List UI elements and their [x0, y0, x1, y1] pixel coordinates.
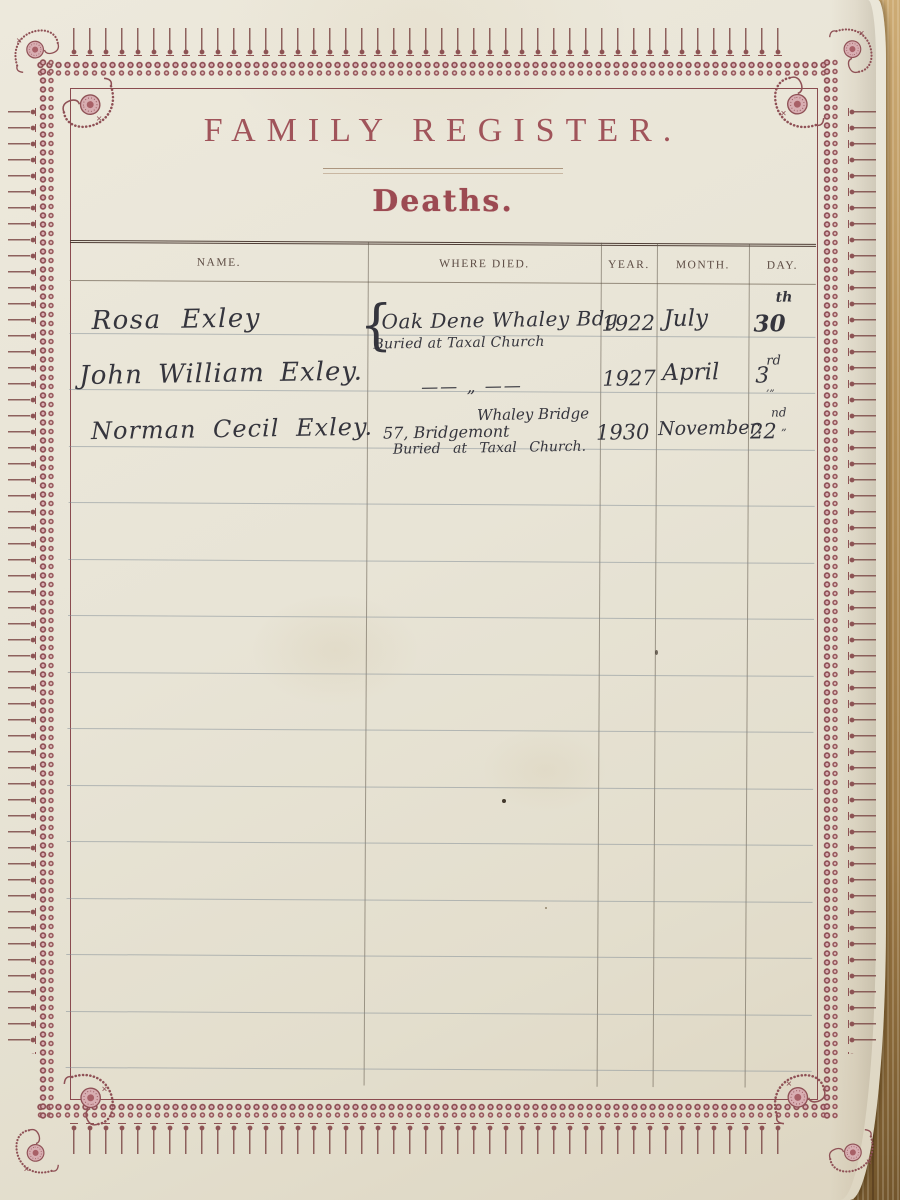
entry-month: July: [663, 307, 708, 331]
photo-background: × × × × × × × × FAMILY REGISTER. Deaths.: [0, 0, 900, 1200]
paisley-curl-icon: [821, 1122, 881, 1179]
ruled-line: [67, 841, 813, 846]
ruled-line: [68, 559, 814, 564]
column-divider-line: [745, 244, 750, 1088]
ruled-line: [67, 898, 813, 903]
ruled-line: [66, 1067, 812, 1072]
entry-month: April: [662, 361, 719, 385]
entry-year: 1930: [596, 422, 650, 444]
entry-where-line2: Buried at Taxal Church.: [393, 440, 586, 457]
border-fringe-left: [8, 104, 38, 1054]
x-ornament-icon: ×: [866, 1155, 872, 1166]
entry-name: John William Exley.: [79, 359, 363, 389]
column-header-day: DAY.: [749, 259, 816, 271]
ink-speck: [655, 650, 658, 655]
x-ornament-icon: ×: [22, 1166, 33, 1172]
entry-day: 22: [750, 421, 777, 442]
border-lace-left: [38, 58, 56, 1120]
x-ornament-icon: ×: [16, 36, 22, 47]
column-header-month: MONTH.: [657, 259, 749, 271]
section-heading: Deaths.: [70, 184, 816, 219]
entry-name: Rosa Exley: [91, 305, 261, 334]
column-header-where-died: WHERE DIED.: [368, 257, 601, 270]
ruled-line: [66, 1011, 812, 1016]
ruled-line: [69, 502, 815, 507]
entry-day-mark: ‚„: [766, 384, 775, 394]
ruled-line: [68, 672, 814, 677]
entry-day-suffix: nd: [771, 406, 787, 418]
border-lace-top: [36, 60, 828, 78]
border-lace-bottom: [36, 1102, 828, 1120]
deaths-table: NAME. WHERE DIED. YEAR. MONTH. DAY.: [66, 240, 816, 1102]
border-lace-right: [822, 58, 840, 1120]
entry-day: 30: [753, 312, 785, 336]
column-header-name: NAME.: [70, 255, 368, 269]
column-divider-line: [364, 242, 369, 1086]
entry-where-annotation: Whaley Bridge: [477, 406, 589, 423]
entry-day-suffix: rd: [766, 354, 781, 367]
entry-year: 1927: [602, 368, 656, 390]
page-title: FAMILY REGISTER.: [70, 112, 816, 150]
entry-month: November.: [658, 418, 763, 439]
border-fringe-bottom: [66, 1122, 790, 1154]
ink-speck: [502, 799, 506, 803]
border-fringe-top: [66, 28, 790, 58]
paisley-curl-icon: [822, 21, 879, 81]
title-divider: [323, 168, 563, 174]
ink-speck: [545, 907, 547, 909]
entry-where-line1: 57, Bridgemont: [383, 424, 510, 442]
entry-name: Norman Cecil Exley.: [91, 415, 373, 443]
border-fringe-right: [846, 104, 876, 1054]
x-ornament-icon: ×: [855, 30, 866, 36]
entry-where-line1: Oak Dene Whaley Bdg: [381, 308, 618, 332]
entry-day-mark: ”: [781, 428, 787, 439]
ruled-line: [67, 785, 813, 790]
entry-where-line2: Buried at Taxal Church: [373, 335, 544, 352]
ruled-line: [68, 615, 814, 620]
paisley-curl-icon: [8, 1121, 65, 1181]
ruled-line: [67, 728, 813, 733]
table-header-row: NAME. WHERE DIED. YEAR. MONTH. DAY.: [70, 240, 816, 285]
entry-year: 1922: [601, 313, 655, 335]
register-page: × × × × × × × × FAMILY REGISTER. Deaths.: [0, 0, 886, 1200]
entry-day-suffix: th: [776, 290, 793, 304]
paisley-curl-icon: [7, 22, 67, 79]
entry-where-ditto: —— „ ——: [421, 378, 523, 397]
column-header-year: YEAR.: [601, 258, 657, 270]
ruled-line: [66, 954, 812, 959]
